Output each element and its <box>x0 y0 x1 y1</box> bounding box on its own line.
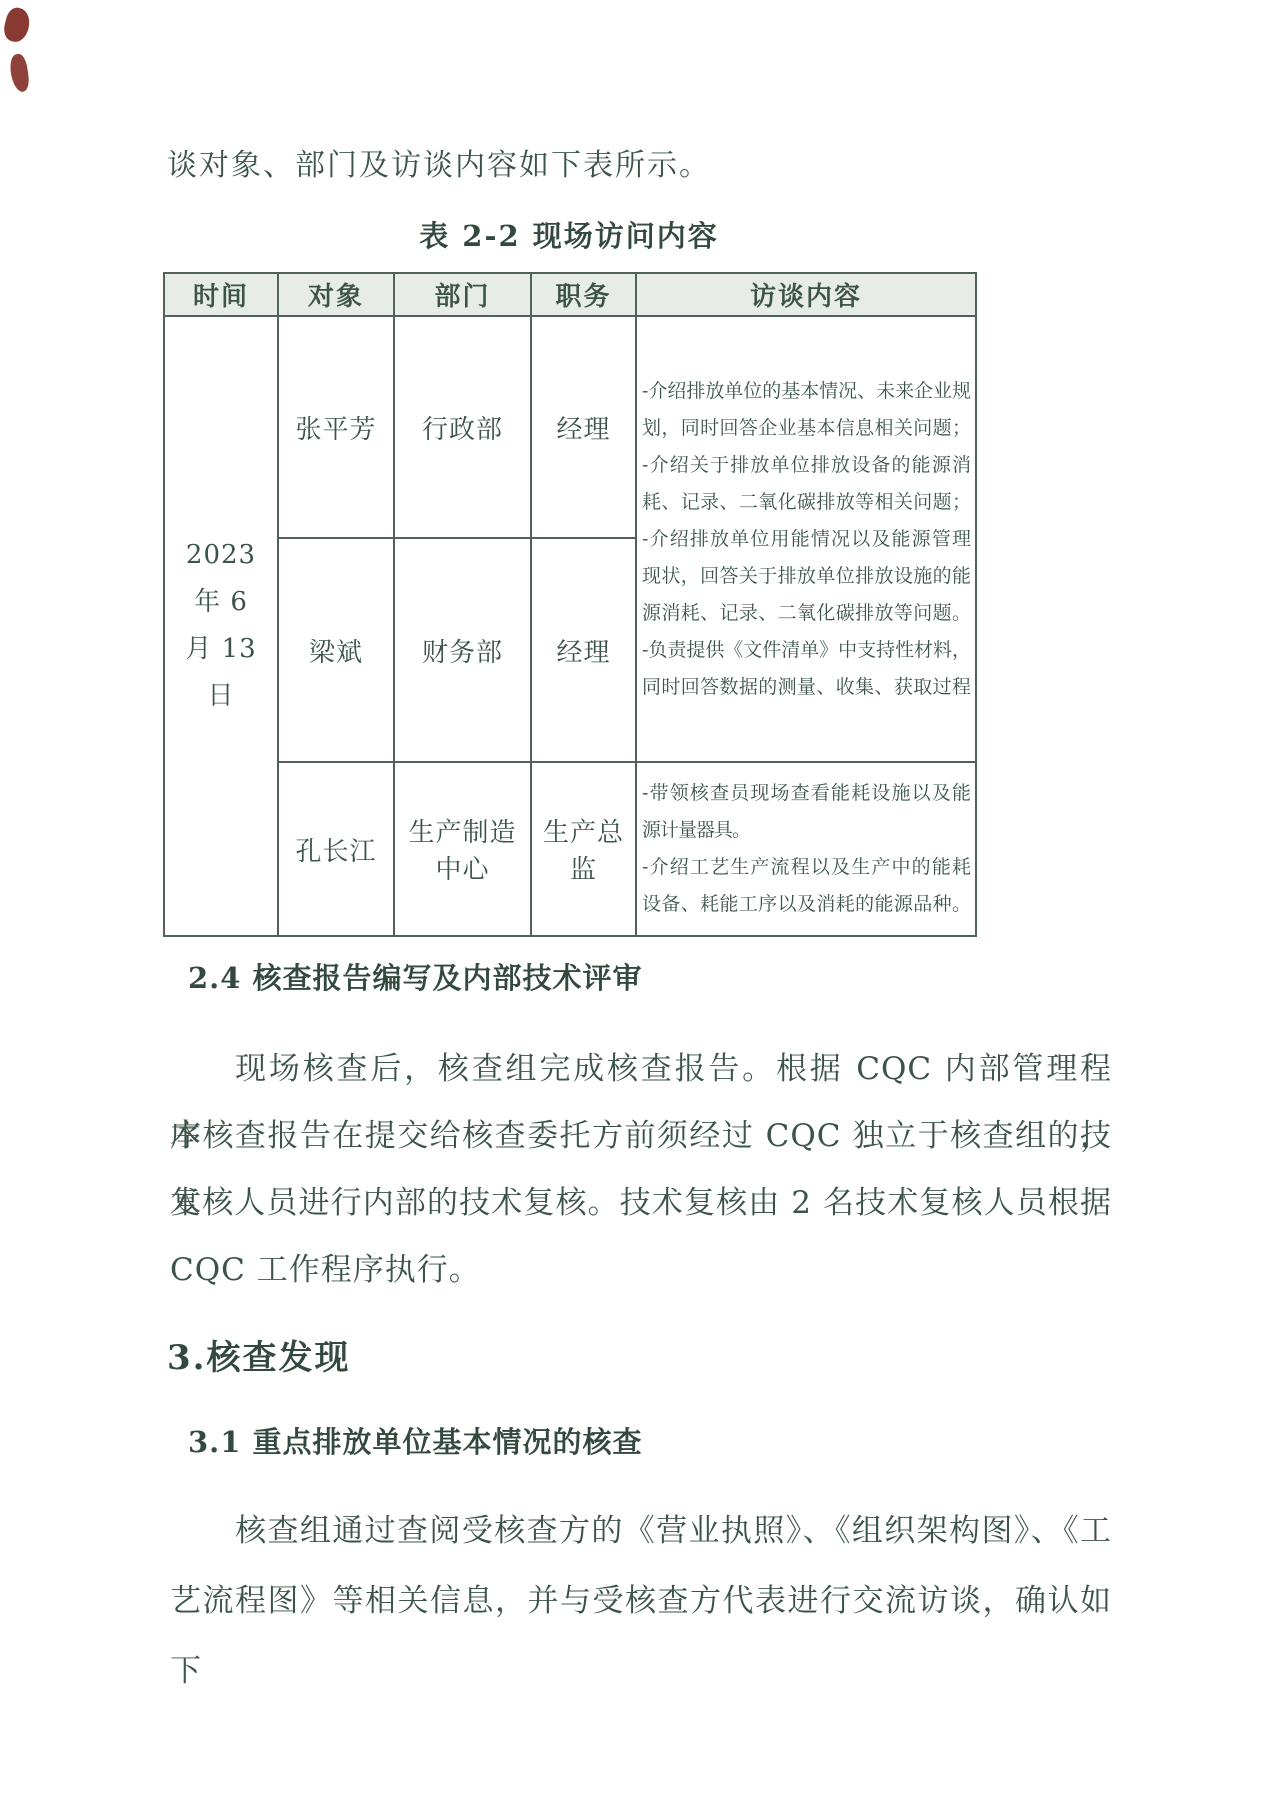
cell-position-3: 生产总监 <box>531 762 636 936</box>
content-line: -介绍排放单位用能情况以及能源管理 <box>642 521 970 558</box>
table-row-3: 孔长江 生产制造中心 生产总监 -带领核查员现场查看能耗设施以及能 源计量器具。… <box>164 762 976 936</box>
content-line: -介绍排放单位的基本情况、未来企业规 <box>642 373 970 410</box>
section-2-4-paragraph: 现场核查后，核查组完成核查报告。根据 CQC 内部管理程序， 本核查报告在提交给… <box>170 1036 1112 1304</box>
time-line: 月 13 <box>170 626 272 673</box>
content-line: 设备、耗能工序以及消耗的能源品种。 <box>642 886 970 923</box>
cell-department-3: 生产制造中心 <box>394 762 531 936</box>
content-line: 源计量器具。 <box>642 812 970 849</box>
visit-content-table: 时间 对象 部门 职务 访谈内容 2023 年 6 月 13 日 张平芳 行政部… <box>163 272 977 937</box>
time-line: 日 <box>170 673 272 720</box>
content-line: 源消耗、记录、二氧化碳排放等问题。 <box>642 595 970 632</box>
paragraph-line: 复核人员进行内部的技术复核。技术复核由 2 名技术复核人员根据 <box>170 1170 1112 1237</box>
cell-time: 2023 年 6 月 13 日 <box>164 316 278 936</box>
header-cell-time: 时间 <box>164 273 278 316</box>
section-3-heading: 3.核查发现 <box>167 1330 351 1379</box>
red-scan-artifact-bottom <box>8 53 31 93</box>
table-row-1: 2023 年 6 月 13 日 张平芳 行政部 经理 -介绍排放单位的基本情况、… <box>164 316 976 538</box>
cell-interview-content-ab: -介绍排放单位的基本情况、未来企业规 划，同时回答企业基本信息相关问题； -介绍… <box>636 316 976 762</box>
cell-name-1: 张平芳 <box>278 316 394 538</box>
cell-position-2: 经理 <box>531 538 636 762</box>
table-header-row: 时间 对象 部门 职务 访谈内容 <box>164 273 976 316</box>
content-line: -带领核查员现场查看能耗设施以及能 <box>642 775 970 812</box>
content-line: 同时回答数据的测量、收集、获取过程 <box>642 669 970 706</box>
paragraph-line: 艺流程图》等相关信息，并与受核查方代表进行交流访谈，确认如下 <box>170 1566 1112 1636</box>
content-line: 划，同时回答企业基本信息相关问题； <box>642 410 970 447</box>
paragraph-line: 现场核查后，核查组完成核查报告。根据 CQC 内部管理程序， <box>170 1036 1112 1103</box>
cell-name-3: 孔长江 <box>278 762 394 936</box>
header-cell-content: 访谈内容 <box>636 273 976 316</box>
cell-interview-content-c: -带领核查员现场查看能耗设施以及能 源计量器具。 -介绍工艺生产流程以及生产中的… <box>636 762 976 936</box>
table-title: 表 2-2 现场访问内容 <box>163 214 975 255</box>
cell-position-1: 经理 <box>531 316 636 538</box>
content-line: -介绍工艺生产流程以及生产中的能耗 <box>642 849 970 886</box>
time-line: 年 6 <box>170 579 272 626</box>
section-2-4-heading: 2.4 核查报告编写及内部技术评审 <box>188 956 643 997</box>
content-line: -负责提供《文件清单》中支持性材料， <box>642 632 970 669</box>
cell-name-2: 梁斌 <box>278 538 394 762</box>
paragraph-line: 本核查报告在提交给核查委托方前须经过 CQC 独立于核查组的技术 <box>170 1103 1112 1170</box>
red-scan-artifact-top <box>1 6 33 45</box>
time-line: 2023 <box>170 532 272 579</box>
cell-department-1: 行政部 <box>394 316 531 538</box>
intro-paragraph: 谈对象、部门及访谈内容如下表所示。 <box>167 140 1117 184</box>
section-3-1-paragraph: 核查组通过查阅受核查方的《营业执照》、《组织架构图》、《工 艺流程图》等相关信息… <box>170 1496 1112 1636</box>
cell-department-2: 财务部 <box>394 538 531 762</box>
paragraph-line: 核查组通过查阅受核查方的《营业执照》、《组织架构图》、《工 <box>170 1496 1112 1566</box>
content-line: 耗、记录、二氧化碳排放等相关问题； <box>642 484 970 521</box>
section-3-1-heading: 3.1 重点排放单位基本情况的核查 <box>188 1420 643 1461</box>
header-cell-subject: 对象 <box>278 273 394 316</box>
content-line: 现状，回答关于排放单位排放设施的能 <box>642 558 970 595</box>
header-cell-department: 部门 <box>394 273 531 316</box>
paragraph-line: CQC 工作程序执行。 <box>170 1237 1112 1304</box>
header-cell-position: 职务 <box>531 273 636 316</box>
content-line: -介绍关于排放单位排放设备的能源消 <box>642 447 970 484</box>
